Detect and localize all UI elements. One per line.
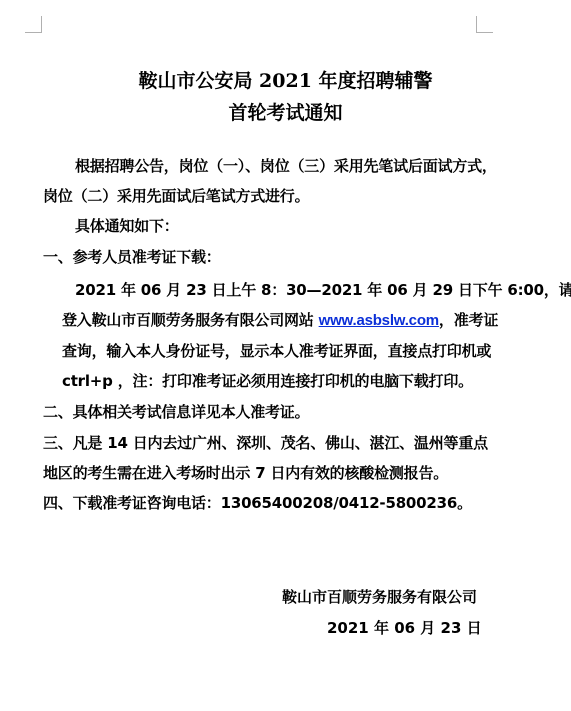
intro-paragraph-line-2: 岗位（二）采用先面试后笔试方式进行。	[43, 185, 309, 206]
title-line-2: 首轮考试通知	[0, 98, 571, 125]
notice-heading: 具体通知如下：	[75, 215, 179, 236]
section-1-heading: 一、参考人员准考证下载：	[43, 246, 221, 267]
section-4: 四、下载准考证咨询电话：13065400208/0412-5800236。	[43, 492, 472, 513]
margin-mark-top-left	[25, 16, 42, 33]
signature: 鞍山市百顺劳务服务有限公司	[282, 586, 477, 607]
section-3-line-2: 地区的考生需在进入考场时出示 7 日内有效的核酸检测报告。	[43, 462, 448, 483]
section-3-line-1: 三、凡是 14 日内去过广州、深圳、茂名、佛山、湛江、温州等重点	[43, 432, 488, 453]
section-1-line-4: ctrl+p ，注：打印准考证必须用连接打印机的电脑下载打印。	[62, 370, 473, 391]
section-1-line-2-suffix: ，准考证	[439, 311, 498, 329]
section-1-line-1: 2021 年 06 月 23 日上午 8：30—2021 年 06 月 29 日…	[75, 279, 571, 300]
section-1-line-2-prefix: 登入鞍山市百顺劳务服务有限公司网站	[62, 311, 319, 329]
title-line-1: 鞍山市公安局 2021 年度招聘辅警	[0, 66, 571, 93]
date: 2021 年 06 月 23 日	[327, 617, 482, 638]
section-1-line-3: 查询，输入本人身份证号，显示本人准考证界面，直接点打印机或	[62, 340, 491, 361]
intro-paragraph-line-1: 根据招聘公告，岗位（一）、岗位（三）采用先笔试后面试方式，	[75, 155, 497, 176]
margin-mark-top-right	[476, 16, 493, 33]
section-1-line-2: 登入鞍山市百顺劳务服务有限公司网站 www.asbslw.com，准考证	[62, 309, 498, 330]
website-link[interactable]: www.asbslw.com	[319, 312, 439, 329]
section-2: 二、具体相关考试信息详见本人准考证。	[43, 401, 309, 422]
